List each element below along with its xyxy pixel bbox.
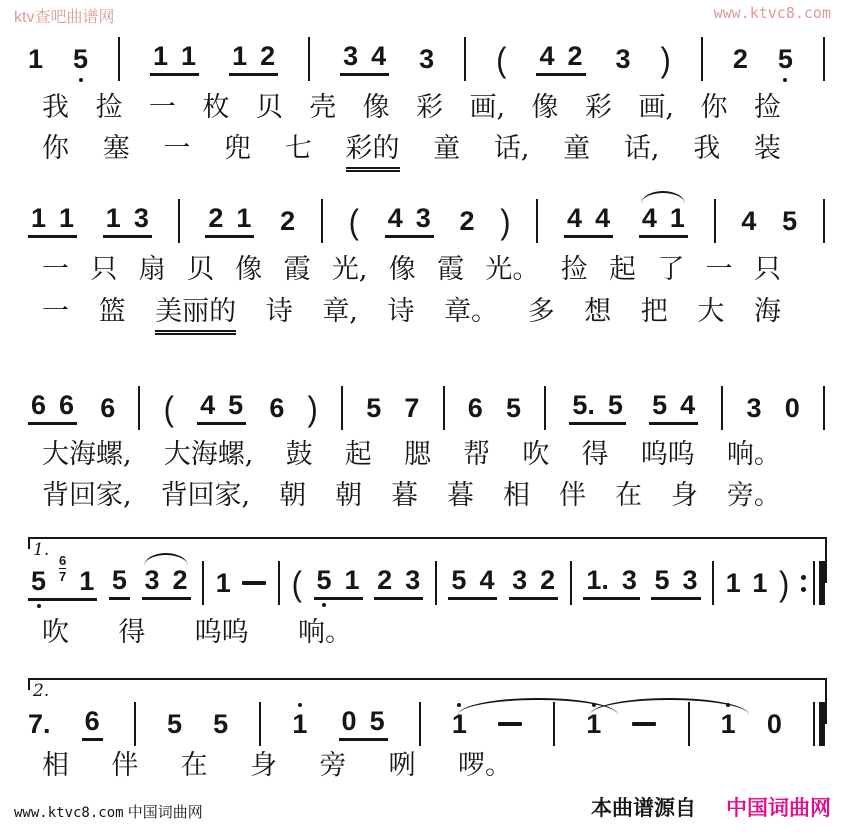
note: 3: [683, 567, 698, 594]
note: 3: [622, 567, 637, 594]
note-text: 4: [680, 390, 695, 420]
lyric: 旁: [319, 750, 346, 782]
note: 4: [741, 208, 756, 235]
lyric: 伴: [111, 750, 138, 782]
lyric: 朝: [335, 480, 362, 512]
lyric: 在: [181, 750, 208, 782]
octave-dot-above: [457, 703, 461, 707]
note: 1: [236, 205, 251, 232]
dash-note: [632, 722, 656, 726]
lyric: 画,: [470, 92, 506, 124]
note: 5: [317, 567, 332, 594]
barline-thin: [544, 386, 546, 430]
note-text: 5: [31, 566, 46, 596]
footer: www.ktvc8.com 中国词曲网 本曲谱源自 中国词曲网: [14, 792, 831, 822]
note-text: 4: [200, 390, 215, 420]
note: 4: [680, 392, 695, 419]
barline-thin: [443, 386, 445, 430]
note: 5: [213, 711, 228, 738]
barline: [570, 561, 572, 605]
barline-thin: [714, 199, 716, 243]
note-text: 0: [342, 706, 357, 736]
lyric: 塞: [103, 133, 130, 169]
barline: [138, 386, 140, 430]
note: 1: [59, 205, 74, 232]
lyrics-row-8: 相伴在身旁咧啰。: [42, 750, 512, 782]
site-watermark-left: ktv查吧曲谱网: [14, 4, 114, 27]
note-text: 1: [28, 44, 43, 74]
music-line-2: 1113212(432)444145: [28, 196, 825, 246]
lyric: 童: [563, 133, 590, 169]
lyric: 相: [503, 480, 530, 512]
note-text: 6: [85, 706, 100, 736]
barline-thin: [278, 561, 280, 605]
note: 3: [419, 46, 434, 73]
note-group: 6: [82, 708, 103, 741]
lyric: 响。: [298, 617, 352, 649]
footer-left: www.ktvc8.com 中国词曲网: [14, 801, 203, 822]
note: 2: [280, 208, 295, 235]
note: 1: [752, 570, 767, 597]
note: 5: [608, 392, 623, 419]
note: 5: [506, 395, 521, 422]
note-group: 45: [197, 392, 246, 425]
lyric: 一: [149, 92, 176, 124]
lyric: 兜: [224, 133, 251, 169]
note: 2: [733, 46, 748, 73]
note-text: 1: [236, 203, 251, 233]
lyric: 贝: [256, 92, 283, 124]
lyric: 话,: [494, 133, 530, 169]
barline: [178, 199, 180, 243]
barline: [714, 199, 716, 243]
note-text: ): [500, 201, 510, 240]
note: 3: [134, 205, 149, 232]
grace-note: 7: [59, 570, 66, 584]
footer-right: 本曲谱源自 中国词曲网: [591, 792, 831, 822]
note-text: 1: [153, 41, 168, 71]
note: 2: [377, 567, 392, 594]
note: 6: [31, 392, 46, 419]
note-text: 1: [292, 709, 307, 739]
barline: [278, 561, 280, 605]
note-text: 1: [670, 203, 685, 233]
note-group: 43: [385, 205, 434, 238]
lyric: 美丽的: [155, 296, 236, 332]
note: 3: [145, 567, 160, 594]
lyric: 一: [42, 296, 69, 332]
lyric: 枚: [202, 92, 229, 124]
note-text: 5: [228, 390, 243, 420]
music-line-5: 7.6551051110: [28, 699, 825, 749]
lyric: 暮: [447, 480, 474, 512]
note-text: 3: [145, 565, 160, 595]
note-text: 5: [782, 206, 797, 236]
note-group: 51: [314, 567, 363, 600]
lyric: 霞: [284, 254, 311, 286]
lyric: 啰。: [458, 750, 512, 782]
lyric: 起: [609, 254, 636, 286]
lyric: 七: [285, 133, 312, 169]
note-text: 2: [260, 41, 275, 71]
note: 1: [181, 43, 196, 70]
lyric: 在: [615, 480, 642, 512]
volta-2-label: 2.: [33, 681, 49, 701]
sheet-music-page: ktv查吧曲谱网 www.ktvc8.com 151112343(423)25 …: [0, 0, 841, 832]
octave-dot-above: [298, 703, 302, 707]
barline-thin: [464, 37, 466, 81]
barline: [721, 386, 723, 430]
octave-dot-below: [37, 604, 41, 608]
lyric: 得: [118, 617, 145, 649]
note-text: 3: [134, 203, 149, 233]
note-text: 1: [59, 203, 74, 233]
note-text: 4: [595, 203, 610, 233]
note-text: 1: [106, 203, 121, 233]
note-text: 5: [370, 706, 385, 736]
volta-1-label: 1.: [33, 540, 49, 560]
barline: [435, 561, 437, 605]
barline-thin: [202, 561, 204, 605]
note: 2: [540, 567, 555, 594]
lyric: 光。: [485, 254, 539, 286]
lyric: 捡: [561, 254, 588, 286]
barline-thick: [819, 561, 825, 605]
note-group: 11: [150, 43, 199, 76]
note-text: 3: [622, 565, 637, 595]
lyric: 咧: [389, 750, 416, 782]
note: 3: [416, 205, 431, 232]
note-group: 1.3: [583, 567, 640, 600]
barline: [464, 37, 466, 81]
barline-thin: [178, 199, 180, 243]
lyric: 想: [584, 296, 611, 332]
barline-thin: [823, 199, 825, 243]
barline-thin: [435, 561, 437, 605]
note: 4: [642, 205, 657, 232]
lyric: 背回家,: [161, 480, 251, 512]
lyric: 章。: [444, 296, 498, 332]
parenthesis: (: [164, 391, 174, 426]
note-text: ): [308, 388, 318, 427]
note-text: 6: [100, 393, 115, 423]
note: 1: [31, 205, 46, 232]
lyric: 扇: [139, 254, 166, 286]
note-text: 4: [371, 41, 386, 71]
parenthesis: (: [349, 204, 359, 239]
lyric: 彩: [585, 92, 612, 124]
note-text: 3: [616, 44, 631, 74]
music-line-3: 666(456)57655.55430: [28, 383, 825, 433]
note-group: 54: [649, 392, 698, 425]
note: 6: [85, 708, 100, 735]
note-group: 05: [339, 708, 388, 741]
note: 0: [342, 708, 357, 735]
lyric: 我: [42, 92, 69, 124]
note-text: 5: [112, 565, 127, 595]
lyric: 海: [754, 296, 781, 332]
barline-thin: [341, 386, 343, 430]
barline-thin: [536, 199, 538, 243]
lyric: 多: [528, 296, 555, 332]
barline-thin: [570, 561, 572, 605]
barline: [536, 199, 538, 243]
note-text: 2: [173, 565, 188, 595]
lyrics-row-3: 一只扇贝像霞光,像霞光。捡起了一只: [42, 254, 781, 286]
footer-url: www.ktvc8.com: [14, 805, 124, 821]
note-group: 53: [651, 567, 700, 600]
note-text: 5: [608, 390, 623, 420]
note: 5: [112, 567, 127, 594]
header: ktv查吧曲谱网 www.ktvc8.com: [14, 4, 831, 27]
barline: [118, 37, 120, 81]
note: 1.: [586, 567, 609, 594]
note-text: 1: [232, 41, 247, 71]
note: 5: [451, 567, 466, 594]
note: 0: [785, 395, 800, 422]
note: 1: [670, 205, 685, 232]
note-text: 0: [785, 393, 800, 423]
note-group: 23: [374, 567, 423, 600]
parenthesis: ): [500, 204, 510, 239]
grace-notes: 67: [59, 554, 66, 583]
note-text: (: [349, 201, 359, 240]
lyric: 一: [42, 254, 69, 286]
note: 4: [595, 205, 610, 232]
lyric: 旁。: [727, 480, 781, 512]
footer-site-name: 中国词曲网: [128, 804, 203, 821]
note-text: 4: [642, 203, 657, 233]
lyric: 你: [42, 133, 69, 169]
note: 3: [747, 395, 762, 422]
note-text: 5: [317, 565, 332, 595]
barline: [443, 386, 445, 430]
dash-note: [498, 722, 522, 726]
lyric: 画,: [638, 92, 674, 124]
note-text: 5: [73, 44, 88, 74]
note: 1: [726, 570, 741, 597]
note: 1: [153, 43, 168, 70]
barline: [701, 37, 703, 81]
lyric: 呜呜: [195, 617, 249, 649]
barline: [134, 702, 136, 746]
note: 6: [59, 392, 74, 419]
repeat-dot: [801, 575, 806, 580]
note: 4: [479, 567, 494, 594]
note-group: 5.5: [569, 392, 626, 425]
lyric: 章,: [322, 296, 358, 332]
barline-thin: [823, 37, 825, 81]
note-text: 4: [388, 203, 403, 233]
lyric: 大: [697, 296, 724, 332]
lyric: 诗: [387, 296, 414, 332]
lyric: 了: [657, 254, 684, 286]
note: 6: [100, 395, 115, 422]
note-group: 5: [109, 567, 130, 600]
lyric: 大海螺,: [42, 439, 132, 471]
lyric: 像: [389, 254, 416, 286]
lyric: 篮: [99, 296, 126, 332]
lyric: 呜呜: [641, 439, 695, 471]
note: 5: [782, 208, 797, 235]
note: 7: [404, 395, 419, 422]
lyric: 身: [671, 480, 698, 512]
lyric: 腮: [404, 439, 431, 471]
note-text: 4: [539, 41, 554, 71]
lyric: 暮: [391, 480, 418, 512]
note-group: 54: [448, 567, 497, 600]
lyric: 一: [706, 254, 733, 286]
barline: [341, 386, 343, 430]
note: 5: [31, 568, 46, 595]
note: 5: [228, 392, 243, 419]
note-group: 32: [142, 567, 191, 600]
lyrics-row-5: 大海螺,大海螺,鼓起腮帮吹得呜呜响。: [42, 439, 781, 471]
dash-note: [242, 581, 266, 585]
note: 1: [79, 568, 94, 595]
note: 3: [512, 567, 527, 594]
note-text: ): [661, 39, 671, 78]
note-text: 1: [345, 565, 360, 595]
lyric: 我: [693, 133, 720, 169]
barline: [419, 702, 421, 746]
octave-dot-below: [783, 78, 787, 82]
note-group: 44: [564, 205, 613, 238]
lyric: 鼓: [286, 439, 313, 471]
lyric: 吹: [42, 617, 69, 649]
note-text: 2: [567, 41, 582, 71]
repeat-dot: [801, 587, 806, 592]
note: 4: [200, 392, 215, 419]
music-line-1: 151112343(423)25: [28, 34, 825, 84]
barline-thin: [721, 386, 723, 430]
lyric: 像: [532, 92, 559, 124]
barline-thin: [259, 702, 261, 746]
note-text: 5: [654, 565, 669, 595]
note: 1: [28, 46, 43, 73]
lyric: 得: [582, 439, 609, 471]
barline: [308, 37, 310, 81]
lyric: 装: [754, 133, 781, 169]
note-text: 3: [343, 41, 358, 71]
note-text: 5: [652, 390, 667, 420]
lyric: 伴: [559, 480, 586, 512]
note-text: 2: [540, 565, 555, 595]
note: 5: [778, 46, 793, 73]
lyric: 童: [433, 133, 460, 169]
note: 7.: [28, 711, 51, 738]
parenthesis: ): [661, 42, 671, 77]
note: 1: [292, 711, 307, 738]
parenthesis: ): [308, 391, 318, 426]
note-group: 42: [536, 43, 585, 76]
note: 5: [167, 711, 182, 738]
note-text: 5: [451, 565, 466, 595]
barline-thin: [308, 37, 310, 81]
barline: [202, 561, 204, 605]
note-text: 3: [747, 393, 762, 423]
note-text: 2: [280, 206, 295, 236]
lyric: 一: [163, 133, 190, 169]
note-text: 2: [459, 206, 474, 236]
note-group: 32: [509, 567, 558, 600]
note: 5: [366, 395, 381, 422]
parenthesis: ): [779, 566, 789, 601]
note-text: 1: [181, 41, 196, 71]
lyric: 你: [700, 92, 727, 124]
lyric: 捡: [754, 92, 781, 124]
note-text: 1: [79, 566, 94, 596]
barline-thin: [118, 37, 120, 81]
note-text: ): [779, 563, 789, 602]
barline: [823, 386, 825, 430]
lyrics-row-7: 吹得呜呜响。: [42, 617, 352, 649]
octave-dot-below: [79, 78, 83, 82]
note: 0: [767, 711, 782, 738]
note-group: 11: [28, 205, 77, 238]
note-text: 0: [767, 709, 782, 739]
note-group: 12: [229, 43, 278, 76]
note-group: 13: [103, 205, 152, 238]
note: 4: [388, 205, 403, 232]
barline: [712, 561, 714, 605]
tie-arc: [590, 698, 749, 715]
note-text: 3: [683, 565, 698, 595]
note-text: 5: [778, 44, 793, 74]
lyric: 只: [90, 254, 117, 286]
note: 5: [654, 567, 669, 594]
lyric: 像: [363, 92, 390, 124]
barline-thin: [813, 561, 815, 605]
note-text: 2: [377, 565, 392, 595]
note-text: 2: [208, 203, 223, 233]
lyric: 把: [641, 296, 668, 332]
lyric: 霞: [437, 254, 464, 286]
lyrics-row-6: 背回家,背回家,朝朝暮暮相伴在身旁。: [42, 480, 781, 512]
music-line-4: 56715321(512354321.35311): [28, 558, 825, 608]
parenthesis: (: [496, 42, 506, 77]
note: 1: [345, 567, 360, 594]
lyric: 壳: [309, 92, 336, 124]
barline-thick: [819, 702, 825, 746]
note-text: 6: [59, 390, 74, 420]
note: 6: [468, 395, 483, 422]
note: 3: [343, 43, 358, 70]
lyric: 只: [754, 254, 781, 286]
barline: [544, 386, 546, 430]
note: 3: [405, 567, 420, 594]
note-text: 5: [167, 709, 182, 739]
lyric: 彩的: [346, 133, 400, 169]
lyric: 捡: [95, 92, 122, 124]
note: 5.: [572, 392, 595, 419]
note-text: 3: [419, 44, 434, 74]
note: 4: [371, 43, 386, 70]
lyric: 相: [42, 750, 69, 782]
barline-thin: [321, 199, 323, 243]
note-text: 6: [468, 393, 483, 423]
lyric: 大海螺,: [164, 439, 254, 471]
lyric: 诗: [266, 296, 293, 332]
barline-thin: [134, 702, 136, 746]
note-text: 1.: [586, 565, 609, 595]
note: 1: [216, 570, 231, 597]
lyric: 话,: [624, 133, 660, 169]
note-text: 1: [726, 568, 741, 598]
note: 4: [567, 205, 582, 232]
parenthesis: (: [292, 566, 302, 601]
note-text: 6: [31, 390, 46, 420]
